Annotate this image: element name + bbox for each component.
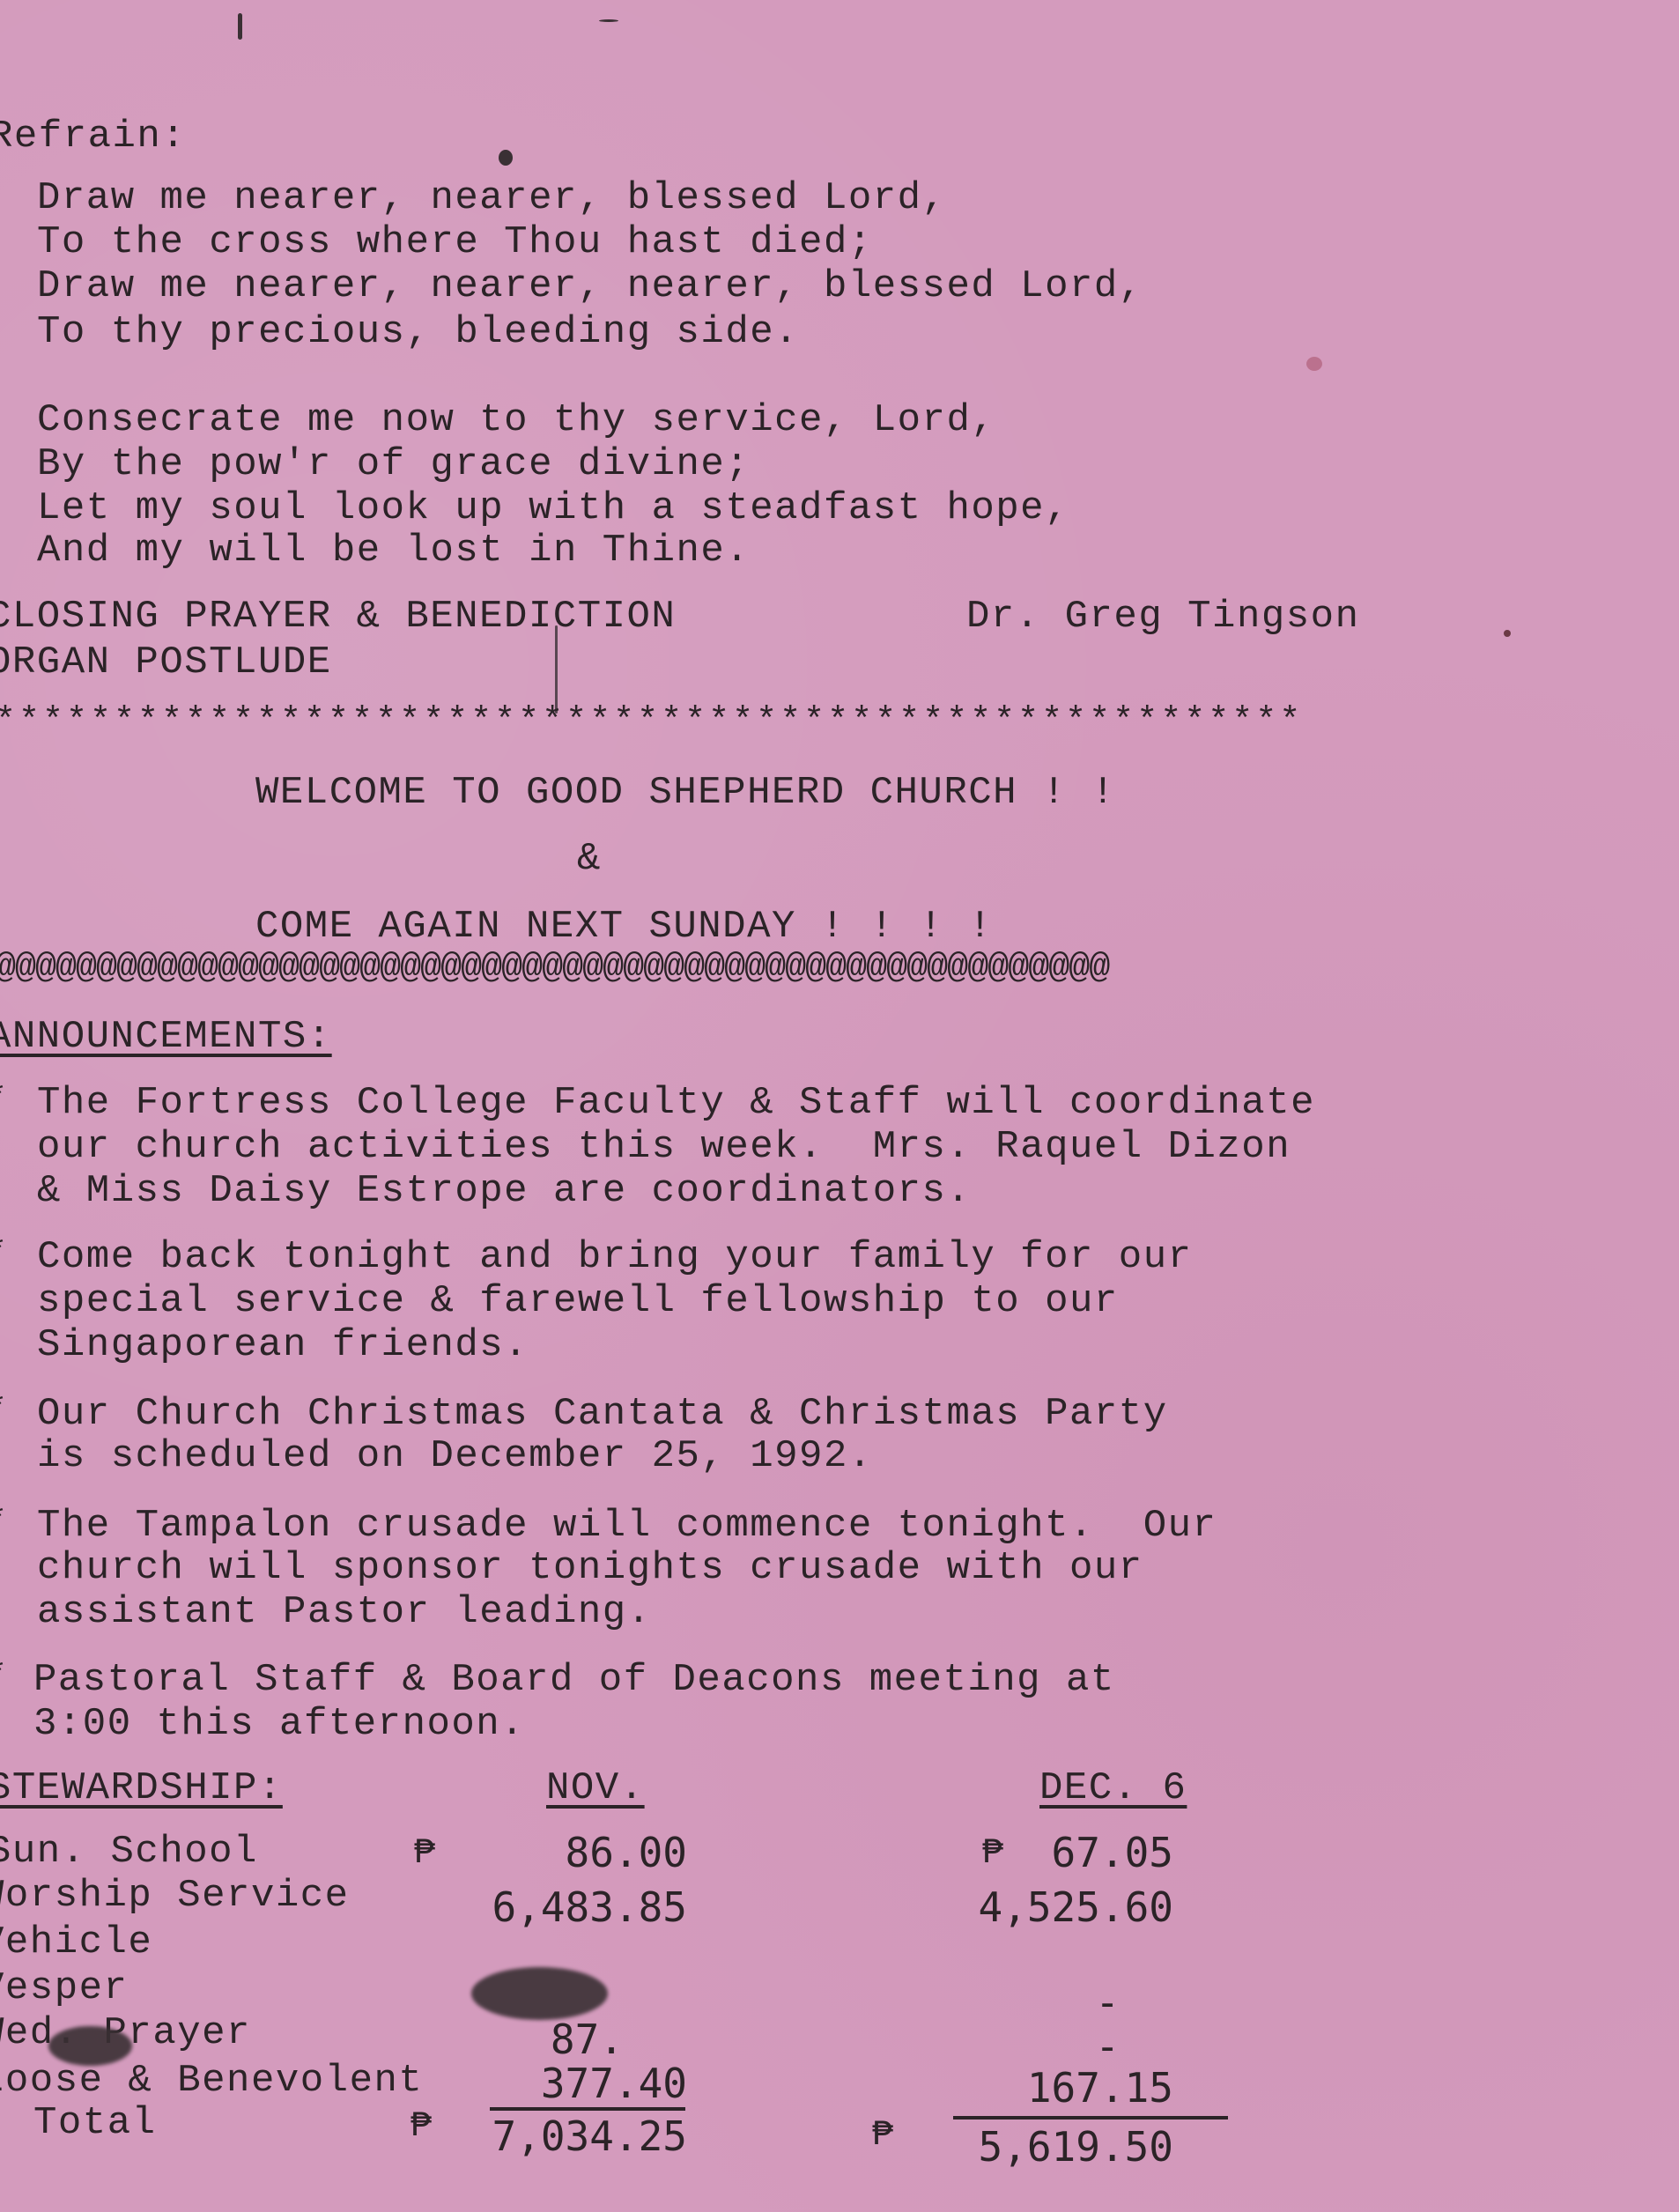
dec-total: 5,619.50 xyxy=(978,2125,1173,2169)
asterisk-separator: ****************************************… xyxy=(0,700,1303,744)
refrain-line: Draw me nearer, nearer, nearer, blessed … xyxy=(37,264,1143,308)
announcements-heading: ANNOUNCEMENTS: xyxy=(0,1015,332,1059)
refrain-line: Draw me nearer, nearer, blessed Lord, xyxy=(37,176,946,220)
ink-blot xyxy=(471,1967,608,2020)
nov-value: 6,483.85 xyxy=(492,1885,687,1929)
ink-speck xyxy=(499,150,513,166)
stain-spot xyxy=(1306,357,1322,371)
dec-value: - xyxy=(1095,1980,1120,2024)
refrain-label: Refrain: xyxy=(0,115,186,159)
total-label: Total xyxy=(33,2101,157,2145)
row-label: Vesper xyxy=(0,1966,128,2010)
verse-line: By the pow'r of grace divine; xyxy=(37,442,750,486)
nov-value: 377.40 xyxy=(541,2061,687,2105)
organ-postlude-item: ORGAN POSTLUDE xyxy=(0,640,332,684)
nov-total: 7,034.25 xyxy=(492,2114,687,2158)
row-label: Vehicle xyxy=(0,1920,152,1964)
verse-line: Let my soul look up with a steadfast hop… xyxy=(37,486,1069,530)
at-sign-separator: @@@@@@@@@@@@@@@@@@@@@@@@@@@@@@@@@@@@@@@@… xyxy=(0,947,1109,991)
peso-sign: ₱ xyxy=(414,1832,435,1876)
bullet-asterisk: * xyxy=(0,1233,7,1269)
dec-subtotal-rule xyxy=(953,2116,1228,2120)
row-label: Loose & Benevolent xyxy=(0,2059,423,2103)
bullet-asterisk: * xyxy=(0,1079,7,1115)
dec-value: 4,525.60 xyxy=(978,1885,1173,1929)
column-header-dec: DEC. 6 xyxy=(1039,1766,1187,1810)
closing-prayer-item: CLOSING PRAYER & BENEDICTION xyxy=(0,595,676,639)
bullet-asterisk: * xyxy=(0,1502,7,1538)
welcome-line: WELCOME TO GOOD SHEPHERD CHURCH ! ! xyxy=(255,771,1116,815)
dec-value: - xyxy=(1095,2024,1120,2068)
peso-sign: ₱ xyxy=(411,2105,432,2149)
dec-value: 167.15 xyxy=(1027,2066,1173,2110)
verse-line: Consecrate me now to thy service, Lord, xyxy=(37,398,995,442)
closing-prayer-leader: Dr. Greg Tingson xyxy=(966,595,1359,639)
row-label: Worship Service xyxy=(0,1874,350,1918)
nov-value: 86.00 xyxy=(566,1831,687,1875)
verse-line: And my will be lost in Thine. xyxy=(37,529,750,573)
nov-value: 87. xyxy=(551,2017,624,2061)
peso-sign: ₱ xyxy=(982,1832,1003,1876)
peso-sign: ₱ xyxy=(872,2114,893,2158)
row-label: Sun. School xyxy=(0,1830,258,1874)
ink-speck xyxy=(599,19,618,22)
bullet-asterisk: * xyxy=(0,1656,7,1692)
column-header-nov: NOV. xyxy=(546,1766,645,1810)
refrain-line: To the cross where Thou hast died; xyxy=(37,220,873,264)
dec-value: 67.05 xyxy=(1052,1831,1173,1875)
come-again-line: COME AGAIN NEXT SUNDAY ! ! ! ! xyxy=(255,905,993,949)
refrain-line: To thy precious, bleeding side. xyxy=(37,310,799,354)
nov-subtotal-rule xyxy=(490,2107,685,2111)
ink-speck xyxy=(238,13,242,40)
bullet-asterisk: * xyxy=(0,1390,7,1426)
welcome-ampersand: & xyxy=(577,837,602,881)
ink-speck xyxy=(1504,630,1511,637)
stewardship-heading: STEWARDSHIP: xyxy=(0,1766,283,1810)
